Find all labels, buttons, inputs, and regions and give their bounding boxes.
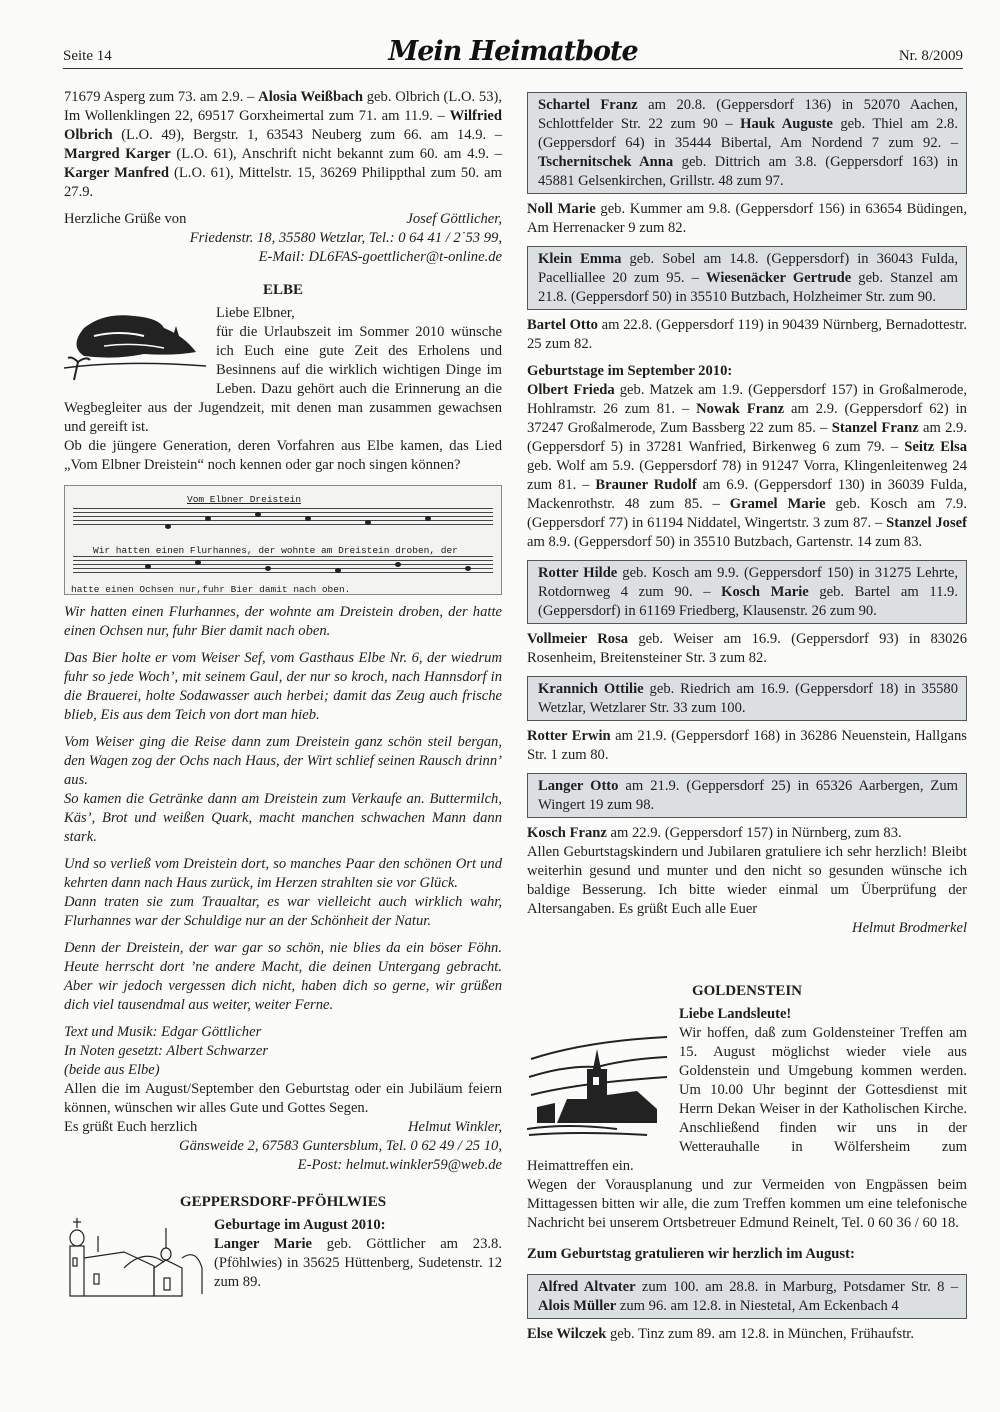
elbe-signature: Es grüßt Euch herzlich Helmut Winkler, G…	[64, 1118, 502, 1175]
closing-text: Allen Geburtstagskindern und Jubilaren g…	[527, 843, 967, 919]
elbe-wishes: Allen die im August/September den Geburt…	[64, 1080, 502, 1118]
signer-email: E-Post: helmut.winkler59@web.de	[64, 1156, 502, 1175]
church-illustration-icon	[64, 1218, 204, 1298]
signer-name: Josef Göttlicher,	[406, 210, 502, 229]
highlighted-birthday-box: Alfred Altvater zum 100. am 28.8. in Mar…	[527, 1274, 967, 1319]
village-church-illustration-icon	[527, 1029, 669, 1137]
highlighted-birthday-box: Krannich Ottilie geb. Riedrich am 16.9. …	[527, 676, 967, 721]
song-verse: Vom Weiser ging die Reise dann zum Dreis…	[64, 733, 502, 790]
highlighted-birthday-box: Langer Otto am 21.9. (Geppersdorf 25) in…	[527, 773, 967, 818]
music-staff-2	[73, 556, 493, 572]
birthday-entry: Noll Marie geb. Kummer am 9.8. (Geppersd…	[527, 200, 967, 238]
greeting-label: Herzliche Grüße von	[64, 210, 186, 229]
signer-email: E-Mail: DL6FAS-goettlicher@t-online.de	[64, 248, 502, 267]
greeting-signature: Herzliche Grüße von Josef Göttlicher, Fr…	[64, 210, 502, 267]
sheet-music-title: Vom Elbner Dreistein	[187, 490, 301, 509]
birthday-entry: Bartel Otto am 22.8. (Geppersdorf 119) i…	[527, 316, 967, 354]
song-verse: Das Bier holte er vom Weiser Sef, vom Ga…	[64, 649, 502, 725]
issue-number: Nr. 8/2009	[899, 48, 963, 65]
goldenstein-paragraph-2: Wegen der Vorausplanung und zur Vermeide…	[527, 1176, 967, 1233]
song-verse: Dann traten sie zum Traualtar, es war vi…	[64, 893, 502, 931]
elbe-paragraph-2: Ob die jüngere Generation, deren Vorfahr…	[64, 437, 502, 475]
landscape-illustration-icon	[64, 306, 206, 382]
signer-name: Helmut Winkler,	[408, 1118, 502, 1137]
sheet-music-image: Vom Elbner Dreistein Wir hatten einen Fl…	[64, 485, 502, 595]
intro-birthday-paragraph: 71679 Asperg zum 73. am 2.9. – Alosia We…	[64, 88, 502, 202]
song-verse: Wir hatten einen Flurhannes, der wohnte …	[64, 603, 502, 641]
left-column: 71679 Asperg zum 73. am 2.9. – Alosia We…	[64, 88, 502, 1300]
song-credits: Text und Musik: Edgar Göttlicher In Note…	[64, 1023, 502, 1080]
september-birthdays: Geburtstage im September 2010: Olbert Fr…	[527, 362, 967, 552]
goldenstein-intro: Liebe Landsleute! Wir hoffen, daß zum Go…	[527, 1005, 967, 1233]
subheading: Liebe Landsleute!	[679, 1006, 791, 1022]
person-name: Margred Karger	[64, 146, 171, 162]
section-title-elbe: ELBE	[64, 281, 502, 300]
person-name: Alosia Weißbach	[258, 89, 363, 105]
subheading: Zum Geburtstag gratulieren wir herzlich …	[527, 1246, 855, 1262]
song-verse: Und so verließ vom Dreistein dort, so ma…	[64, 855, 502, 893]
subheading: Geburtstage im September 2010:	[527, 363, 732, 379]
right-column: Schartel Franz am 20.8. (Geppersdorf 136…	[527, 88, 967, 1344]
song-verse: So kamen die Getränke dann am Dreistein …	[64, 790, 502, 847]
section-title-goldenstein: GOLDENSTEIN	[527, 982, 967, 1001]
highlighted-birthday-box: Rotter Hilde geb. Kosch am 9.9. (Geppers…	[527, 560, 967, 624]
masthead-title: Mein Heimatbote	[388, 36, 637, 67]
signer-address: Gänsweide 2, 67583 Guntersblum, Tel. 0 6…	[64, 1137, 502, 1156]
person-name: Karger Manfred	[64, 165, 169, 181]
subheading: Geburtage im August 2010:	[214, 1217, 385, 1233]
highlighted-birthday-box: Schartel Franz am 20.8. (Geppersdorf 136…	[527, 92, 967, 194]
birthday-entry: Else Wilczek geb. Tinz zum 89. am 12.8. …	[527, 1325, 967, 1344]
highlighted-birthday-box: Klein Emma geb. Sobel am 14.8. (Geppersd…	[527, 246, 967, 310]
page-header: Seite 14 Mein Heimatbote Nr. 8/2009	[63, 36, 963, 69]
person-name: Langer Marie	[214, 1236, 312, 1252]
page-number: Seite 14	[63, 48, 112, 65]
signer-name: Helmut Brodmerkel	[527, 919, 967, 938]
elbe-intro: Liebe Elbner, für die Urlaubszeit im Som…	[64, 304, 502, 475]
signer-address: Friedenstr. 18, 35580 Wetzlar, Tel.: 0 6…	[64, 229, 502, 248]
birthday-entry: Kosch Franz am 22.9. (Geppersdorf 157) i…	[527, 824, 967, 843]
birthday-entry: Vollmeier Rosa geb. Weiser am 16.9. (Gep…	[527, 630, 967, 668]
song-verse: Denn der Dreistein, der war gar so schön…	[64, 939, 502, 1015]
geppersdorf-intro: Geburtage im August 2010: Langer Marie g…	[64, 1216, 502, 1292]
song-verses: Wir hatten einen Flurhannes, der wohnte …	[64, 603, 502, 1015]
birthday-entry: Rotter Erwin am 21.9. (Geppersdorf 168) …	[527, 727, 967, 765]
sheet-music-lyric-2: hatte einen Ochsen nur,fuhr Bier damit n…	[71, 580, 350, 599]
section-title-geppersdorf: GEPPERSDORF-PFÖHLWIES	[64, 1193, 502, 1212]
